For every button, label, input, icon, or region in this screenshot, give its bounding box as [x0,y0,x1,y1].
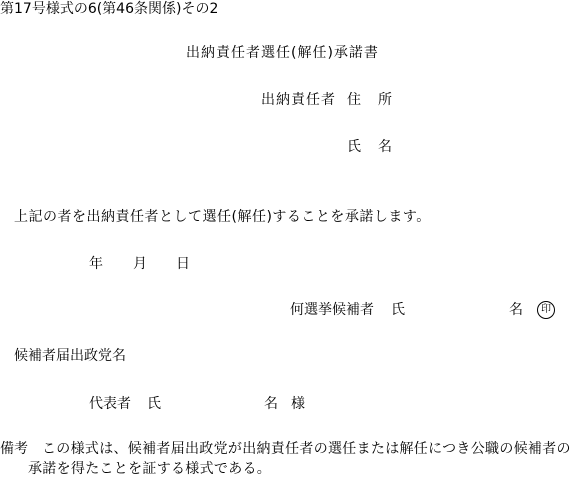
treasurer-name-label-1: 氏 [347,139,361,155]
representative-name-label-2: 名 [264,396,278,412]
form-number: 第17号様式の6(第46条関係)その2 [0,1,218,17]
treasurer-label: 出納責任者 [261,92,336,108]
representative-name-label-1: 氏 [147,396,161,412]
remarks-line-1: この様式は、候補者届出政党が出納責任者の選任または解任につき公職の候補者の [42,441,571,457]
seal-icon: 印 [537,301,555,319]
remarks-label: 備考 [0,441,28,457]
candidate-name-label-1: 氏 [391,302,405,318]
party-label: 候補者届出政党名 [14,348,126,364]
treasurer-name-label-2: 名 [378,139,392,155]
date-year-label: 年 [89,256,103,272]
treasurer-address-label-2: 所 [378,92,392,108]
document-title: 出納責任者選任(解任)承諾書 [186,45,379,61]
honorific-label: 様 [291,396,305,412]
date-month-label: 月 [133,256,147,272]
remarks-line-2: 承諾を得たことを証する様式である。 [28,461,271,477]
candidate-name-label-2: 名 [509,302,523,318]
representative-label: 代表者 [89,396,131,412]
consent-statement: 上記の者を出納責任者として選任(解任)することを承諾します。 [14,209,431,225]
treasurer-address-label-1: 住 [347,92,361,108]
candidate-label: 何選挙候補者 [290,302,374,318]
date-day-label: 日 [176,256,190,272]
